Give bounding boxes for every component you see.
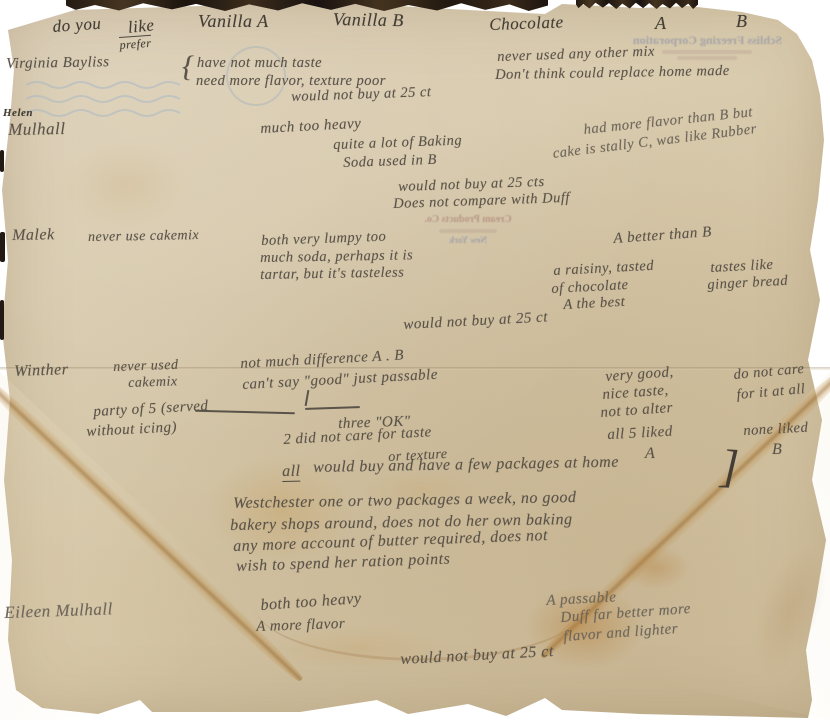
note-line: tartar, but it's tasteless [260,265,404,282]
ghost-letterhead-mid-line1: Cream Products Co. [413,214,523,227]
stain-blob [620,545,690,590]
torn-edge-left-mark [0,232,5,262]
torn-edge-left-mark [0,300,4,340]
taster-name-malek: Malek [12,227,55,244]
note-line: have not much taste [197,56,322,71]
brace-glyph: { [182,52,195,82]
ghost-letterhead-mid-line3: New York [413,235,523,246]
header-question-do-you: do you [52,15,102,35]
screenshot-canvas: Schliss Freezing Corporation Cream Produ… [0,0,830,720]
ghost-letterhead-top-bar [663,50,753,54]
header-question-prefer: prefer [119,35,152,51]
bracket-glyph: ] [720,443,741,490]
note-line: Soda used in B [343,153,437,171]
torn-edge-left-mark [0,150,4,172]
note-line: A the best [563,295,626,313]
ghost-letterhead-middle: Cream Products Co. New York [413,214,523,246]
note-line: A [645,446,655,462]
note-line: A more flavor [256,617,345,635]
column-header-a: A [655,14,667,32]
column-header-chocolate: Chocolate [489,13,564,33]
taster-name-eileen-mulhall: Eileen Mulhall [4,600,113,621]
note-line: much soda, perhaps it is [260,248,413,265]
postmark-wavy-lines [26,78,201,123]
column-header-vanilla-b: Vanilla B [333,10,404,29]
note-line: cakemix [128,375,178,391]
taster-name-helen: Helen [3,108,33,119]
note-word-all-underlined: all [282,464,301,482]
note-line: none liked [743,421,809,439]
taster-name-mulhall: Mulhall [8,120,66,138]
ghost-letterhead-top-bar [678,56,738,60]
note-line: B [772,442,782,458]
header-question-like: like [127,16,155,36]
taster-name-winther: Winther [14,362,69,380]
stain-blob [60,140,190,230]
column-header-vanilla-a: Vanilla A [198,12,269,30]
column-header-b: B [736,12,748,30]
note-line: never used [113,359,179,375]
ghost-letterhead-mid-bar [439,229,497,233]
note-line: tastes like [710,258,774,276]
note-line: never use cakemix [88,229,199,245]
taster-name-virginia-bayliss: Virginia Bayliss [6,55,110,72]
